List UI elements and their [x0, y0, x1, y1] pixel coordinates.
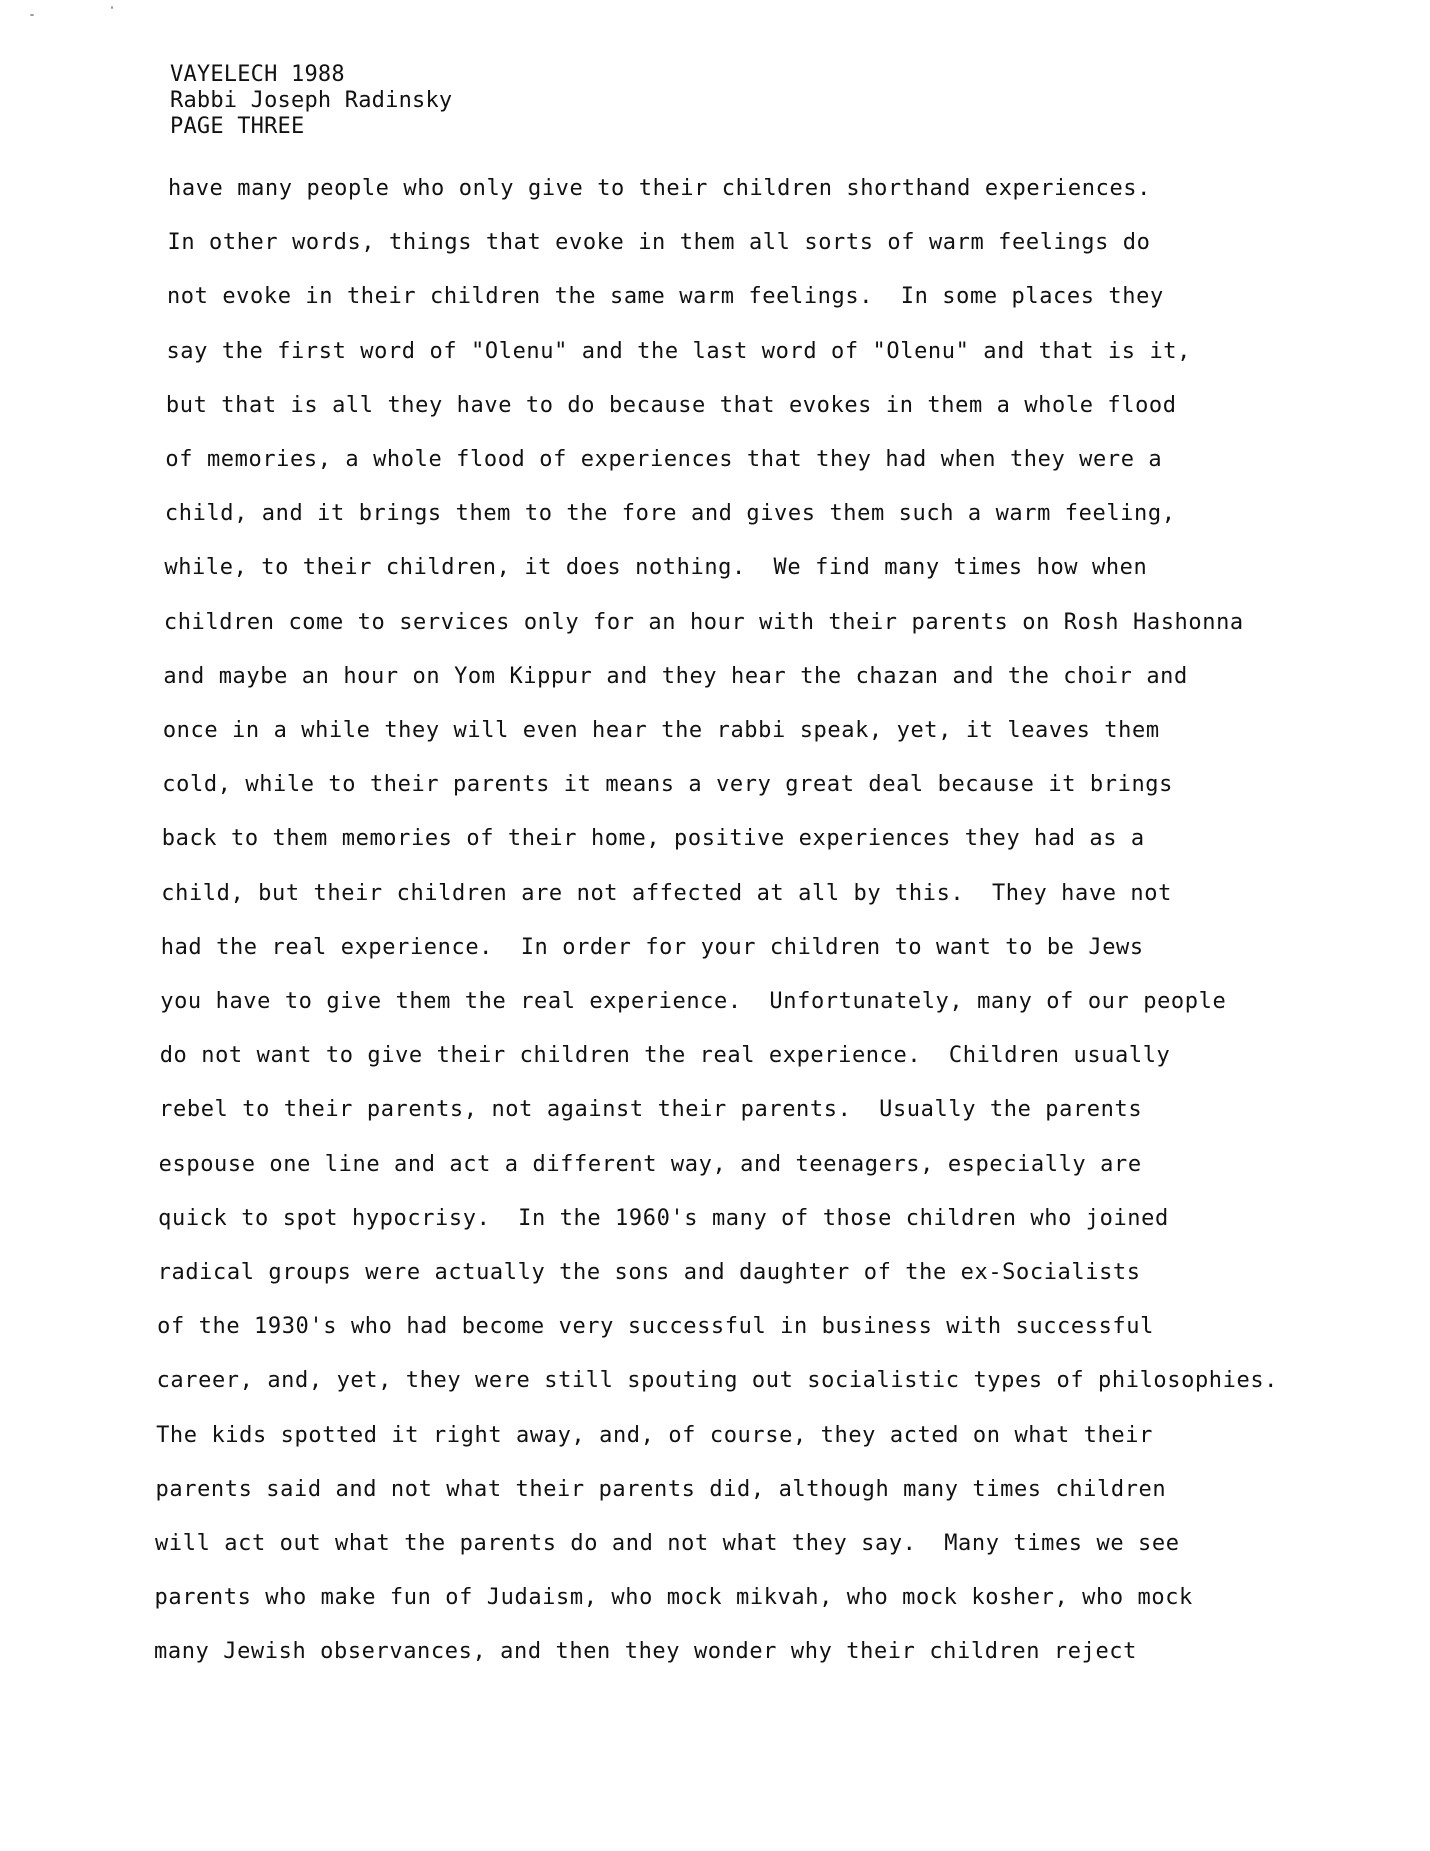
body-text-line: cold, while to their parents it means a … [162, 772, 1173, 798]
body-text-line: child, but their children are not affect… [161, 881, 1172, 907]
body-text-line: do not want to give their children the r… [160, 1043, 1171, 1069]
body-text-line: many Jewish observances, and then they w… [154, 1639, 1137, 1665]
body-text-line: and maybe an hour on Yom Kippur and they… [163, 664, 1188, 690]
body-text-line: back to them memories of their home, pos… [162, 826, 1145, 852]
body-text-line: have many people who only give to their … [168, 176, 1151, 202]
body-text-line: while, to their children, it does nothin… [164, 555, 1147, 581]
body-text-line: but that is all they have to do because … [166, 393, 1177, 419]
body-text-line: The kids spotted it right away, and, of … [156, 1423, 1153, 1449]
body-text-line: you have to give them the real experienc… [160, 989, 1226, 1015]
body-text-line: will act out what the parents do and not… [155, 1531, 1180, 1557]
body-text-line: parents said and not what their parents … [156, 1477, 1167, 1503]
body-text-line: of the 1930's who had become very succes… [157, 1314, 1154, 1340]
body-text-line: radical groups were actually the sons an… [158, 1260, 1141, 1286]
document-body: have many people who only give to their … [0, 0, 1430, 1851]
body-text-line: of memories, a whole flood of experience… [165, 447, 1162, 473]
body-text-line: children come to services only for an ho… [164, 610, 1244, 636]
body-text-line: quick to spot hypocrisy. In the 1960's m… [158, 1206, 1169, 1232]
body-text-line: In other words, things that evoke in the… [167, 230, 1150, 256]
body-text-line: parents who make fun of Judaism, who moc… [155, 1585, 1193, 1611]
body-text-line: once in a while they will even hear the … [163, 718, 1160, 744]
body-text-line: career, and, yet, they were still spouti… [157, 1368, 1278, 1394]
body-text-line: child, and it brings them to the fore an… [165, 501, 1176, 527]
body-text-line: had the real experience. In order for yo… [161, 935, 1144, 961]
body-text-line: not evoke in their children the same war… [167, 284, 1164, 310]
body-text-line: rebel to their parents, not against thei… [159, 1097, 1142, 1123]
body-text-line: say the first word of "Olenu" and the la… [166, 339, 1191, 365]
body-text-line: espouse one line and act a different way… [159, 1152, 1142, 1178]
